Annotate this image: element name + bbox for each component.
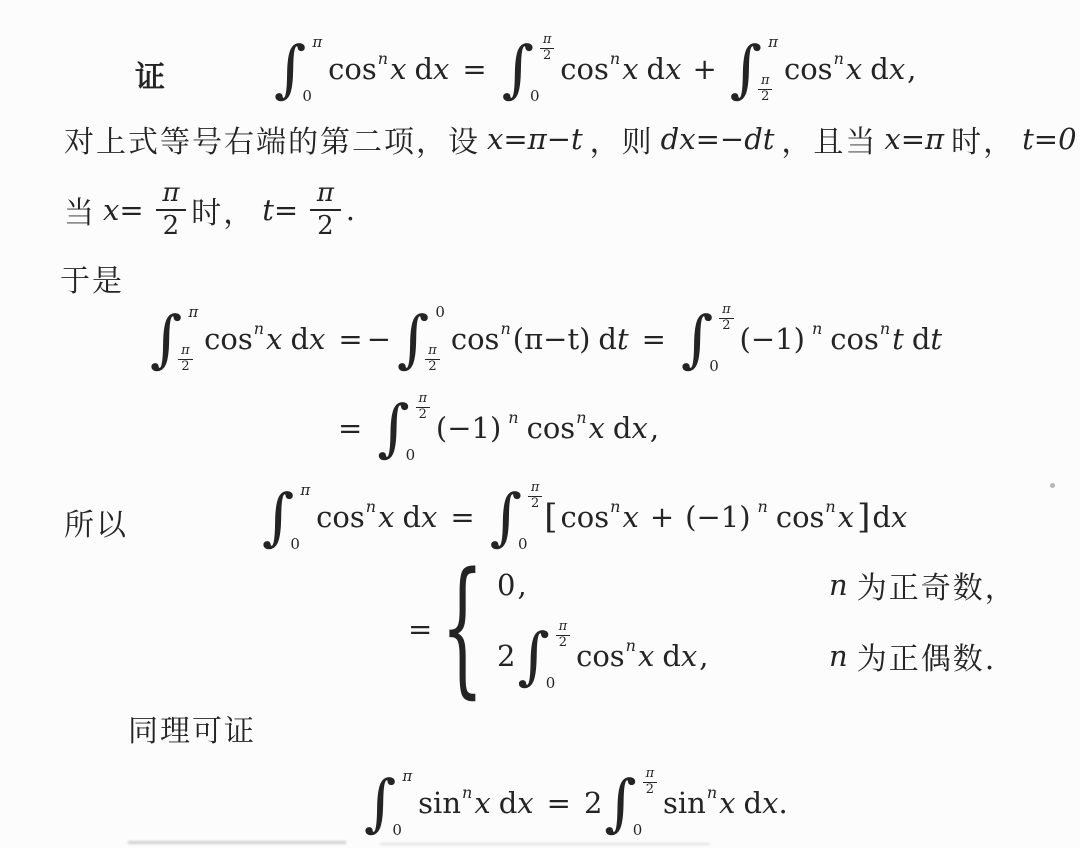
- pi-over-2: π2: [556, 620, 570, 651]
- textbook-page: 证 ∫ π 0 cosnxdx = ∫ π2 0 cosnxdx + ∫ π π…: [0, 0, 1080, 848]
- text-run: 对上式等号右端的第二项，设: [64, 117, 480, 161]
- upper-limit: π: [768, 33, 778, 51]
- scan-artifact-dot: [1050, 483, 1055, 488]
- math-run: t=: [262, 193, 298, 227]
- differential-d: d: [598, 322, 617, 356]
- lower-limit: 0: [709, 357, 719, 375]
- integral-limits: π2 0: [535, 32, 554, 106]
- lower-limit: π2: [178, 344, 192, 375]
- case-even-value: 2 ∫ π2 0 cosnxdx,: [497, 617, 829, 695]
- integral-limits: π π2: [763, 32, 778, 106]
- text-run: 时，: [951, 117, 1015, 161]
- var-x: x: [681, 639, 697, 673]
- sin-token: sin: [418, 786, 461, 820]
- comma: ,: [517, 568, 526, 602]
- upper-limit: π: [402, 767, 412, 785]
- left-brace: {: [441, 555, 484, 702]
- pi-over-2: π2: [719, 303, 733, 334]
- var-x: x: [889, 52, 905, 86]
- neg-one: (−1): [685, 500, 750, 534]
- var-x: x: [622, 52, 638, 86]
- formula-3: = ∫ π2 0 (−1)n cosnxdx,: [338, 386, 659, 470]
- var-x: x: [517, 786, 533, 820]
- pi-over-2: π2: [643, 767, 657, 798]
- formula-5: ∫ π 0 sinnxdx = 2 ∫ π2 0 sinnxdx.: [362, 760, 788, 846]
- exponent-n: n: [758, 497, 768, 516]
- upper-limit: 0: [435, 303, 445, 321]
- integral: ∫ π 0: [364, 764, 412, 842]
- upper-limit: π2: [540, 33, 554, 64]
- text-run: ，且当: [781, 117, 877, 161]
- exponent-n: n: [378, 49, 388, 68]
- upper-limit: π2: [556, 620, 570, 651]
- scan-artifact-streak: [128, 841, 346, 844]
- exponent-n: n: [825, 497, 835, 516]
- math-run: t=0: [1022, 122, 1076, 156]
- integral-limits: 0 π2: [430, 302, 445, 376]
- differential-d: d: [402, 500, 421, 534]
- numerator: π: [722, 303, 731, 318]
- lower-limit: 0: [633, 821, 643, 839]
- numerator: π: [181, 344, 190, 359]
- case-odd-condition: n 为正奇数，: [829, 563, 1017, 607]
- cases-block: = { 0, n 为正奇数， 2 ∫ π2: [408, 558, 1017, 700]
- formula-2: ∫ π π2 cosnxdx =− ∫ 0 π2 cosn(π−t)dt = ∫…: [148, 296, 942, 382]
- cases-rows: 0, n 为正奇数， 2 ∫ π2 0 co: [497, 563, 1017, 695]
- var-x: x: [846, 52, 862, 86]
- var-x: x: [378, 500, 394, 534]
- differential-d: d: [499, 786, 518, 820]
- plus-sign: +: [650, 500, 674, 534]
- equals-sign: =: [408, 612, 432, 646]
- formula-4: ∫ π 0 cosnxdx = ∫ π2 0 [ cosnx + (−1)n c…: [260, 474, 907, 560]
- integral-limits: π2 0: [551, 619, 570, 693]
- comma: ,: [650, 411, 659, 445]
- condition-text: 为正奇数，: [857, 563, 1017, 607]
- exponent-n: n: [610, 497, 620, 516]
- left-bracket: [: [544, 497, 557, 537]
- var-x: x: [719, 786, 735, 820]
- upper-limit: π: [188, 303, 198, 321]
- differential-d: d: [414, 52, 433, 86]
- cos-token: cos: [328, 52, 377, 86]
- equals-sign: =: [642, 322, 666, 356]
- denominator: 2: [425, 359, 439, 375]
- scan-artifact-streak: [380, 843, 710, 845]
- numerator: π: [428, 344, 437, 359]
- upper-limit: π: [312, 33, 322, 51]
- pi-over-2: π2: [156, 178, 187, 242]
- exponent-n: n: [576, 408, 586, 427]
- var-x: x: [631, 411, 647, 445]
- integral: ∫ π 0: [274, 30, 322, 108]
- equals-sign: =: [547, 786, 571, 820]
- pi-over-2: π2: [310, 178, 341, 242]
- differential-d: d: [647, 52, 666, 86]
- differential-d: d: [613, 411, 632, 445]
- lower-limit: 0: [302, 87, 312, 105]
- denominator: 2: [528, 496, 542, 512]
- var-t: t: [930, 322, 942, 356]
- lower-limit: 0: [392, 821, 402, 839]
- lower-limit: 0: [518, 535, 528, 553]
- right-bracket: ]: [857, 497, 870, 537]
- lower-limit: 0: [530, 87, 540, 105]
- cos-token: cos: [451, 322, 500, 356]
- comma: ,: [699, 639, 708, 673]
- similarly-label: 同理可证: [128, 706, 256, 750]
- exponent-n: n: [880, 319, 890, 338]
- exponent-n: n: [508, 408, 518, 427]
- numerator: π: [543, 33, 552, 48]
- integral: ∫ π π2: [150, 300, 198, 378]
- var-t: t: [617, 322, 629, 356]
- denominator: 2: [556, 635, 570, 651]
- integral: ∫ π2 0: [502, 30, 555, 108]
- numerator: π: [317, 178, 334, 209]
- cos-token: cos: [784, 52, 833, 86]
- neg-one: (−1): [740, 322, 805, 356]
- then-label: 于是: [60, 256, 124, 300]
- var-x: x: [421, 500, 437, 534]
- denominator: 2: [719, 318, 733, 334]
- integral-limits: π 0: [307, 32, 322, 106]
- numerator: π: [761, 74, 770, 89]
- cos-token: cos: [776, 500, 825, 534]
- exponent-n: n: [500, 319, 510, 338]
- var-x: x: [891, 500, 907, 534]
- denominator: 2: [416, 407, 430, 423]
- var-x: x: [622, 500, 638, 534]
- period: .: [778, 786, 787, 820]
- numerator: π: [646, 767, 655, 782]
- paragraph-2: 当 x= π2 时， t= π2 .: [64, 172, 355, 248]
- denominator: 2: [156, 209, 187, 242]
- var-x: x: [474, 786, 490, 820]
- integral: ∫ 0 π2: [397, 300, 445, 378]
- math-run: x=: [103, 193, 144, 227]
- integral-limits: π2 0: [638, 766, 657, 840]
- lower-limit: 0: [546, 674, 556, 692]
- var-n: n: [829, 568, 848, 602]
- integral: ∫ π2 0: [490, 478, 543, 556]
- minus-sign: −: [367, 322, 391, 356]
- differential-d: d: [662, 639, 681, 673]
- lower-limit: 0: [406, 446, 416, 464]
- lower-limit: π2: [425, 344, 439, 375]
- sin-token: sin: [663, 786, 706, 820]
- exponent-n: n: [254, 319, 264, 338]
- pi-over-2: π2: [178, 344, 192, 375]
- upper-limit: π2: [416, 392, 430, 423]
- integral: ∫ π2 0: [604, 764, 657, 842]
- integral-limits: π2 0: [411, 391, 430, 465]
- equals-sign: =: [338, 322, 362, 356]
- var-x: x: [433, 52, 449, 86]
- cos-token: cos: [316, 500, 365, 534]
- exponent-n: n: [707, 783, 717, 802]
- integral: ∫ π 0: [262, 478, 310, 556]
- text-run: 当: [64, 188, 96, 232]
- upper-limit: π2: [643, 767, 657, 798]
- numerator: π: [418, 392, 427, 407]
- equals-sign: =: [462, 52, 486, 86]
- upper-limit: π2: [719, 303, 733, 334]
- plus-sign: +: [692, 52, 716, 86]
- exponent-n: n: [834, 49, 844, 68]
- var-x: x: [762, 786, 778, 820]
- lower-limit: π2: [758, 74, 772, 105]
- upper-limit: π2: [528, 481, 542, 512]
- integral: ∫ π π2: [730, 30, 778, 108]
- upper-limit: π: [300, 481, 310, 499]
- pi-over-2: π2: [416, 392, 430, 423]
- var-t: t: [892, 322, 904, 356]
- denominator: 2: [310, 209, 341, 242]
- case-even-row: 2 ∫ π2 0 cosnxdx, n 为正偶数.: [497, 617, 1017, 695]
- so-label: 所以: [64, 500, 128, 544]
- differential-d: d: [290, 322, 309, 356]
- var-x: x: [638, 639, 654, 673]
- var-x: x: [309, 322, 325, 356]
- cos-token: cos: [527, 411, 576, 445]
- equals-sign: =: [450, 500, 474, 534]
- period: .: [346, 193, 355, 227]
- integral: ∫ π2 0: [377, 389, 430, 467]
- var-x: x: [665, 52, 681, 86]
- case-odd-row: 0, n 为正奇数，: [497, 563, 1017, 607]
- integral-limits: π 0: [397, 766, 412, 840]
- pi-over-2: π2: [758, 74, 772, 105]
- exponent-n: n: [812, 319, 822, 338]
- integral-limits: π2 0: [523, 480, 542, 554]
- cos-token: cos: [560, 52, 609, 86]
- cos-token: cos: [576, 639, 625, 673]
- exponent-n: n: [462, 783, 472, 802]
- denominator: 2: [540, 48, 554, 64]
- pi-over-2: π2: [425, 344, 439, 375]
- case-odd-value: 0,: [497, 568, 829, 602]
- differential-d: d: [744, 786, 763, 820]
- math-run: x=π: [884, 122, 944, 156]
- exponent-n: n: [626, 636, 636, 655]
- var-n: n: [829, 639, 848, 673]
- integral-limits: π π2: [183, 302, 198, 376]
- var-x: x: [266, 322, 282, 356]
- differential-d: d: [872, 500, 891, 534]
- differential-d: d: [912, 322, 931, 356]
- numerator: π: [531, 481, 540, 496]
- equals-sign: =: [338, 411, 362, 445]
- pi-over-2: π2: [528, 481, 542, 512]
- integral-limits: π2 0: [714, 302, 733, 376]
- comma: ,: [907, 52, 916, 86]
- condition-text: 为正偶数.: [857, 634, 997, 678]
- text-run: 时，: [191, 188, 255, 232]
- integral-limits: π 0: [295, 480, 310, 554]
- proof-label: 证: [135, 52, 167, 96]
- denominator: 2: [178, 359, 192, 375]
- numerator: π: [162, 178, 179, 209]
- exponent-n: n: [610, 49, 620, 68]
- text-run: ，则: [590, 117, 654, 161]
- denominator: 2: [758, 89, 772, 105]
- coefficient-2: 2: [497, 639, 515, 673]
- pi-over-2: π2: [540, 33, 554, 64]
- paragraph-1: 对上式等号右端的第二项，设 x=π−t ，则 dx=−dt ，且当 x=π 时，…: [64, 116, 1080, 162]
- numerator: π: [559, 620, 568, 635]
- lower-limit: 0: [290, 535, 300, 553]
- coefficient-2: 2: [584, 786, 602, 820]
- integral: ∫ π2 0: [517, 617, 570, 695]
- cos-token: cos: [561, 500, 610, 534]
- differential-d: d: [870, 52, 889, 86]
- exponent-n: n: [366, 497, 376, 516]
- pi-minus-t: (π−t): [513, 322, 591, 356]
- formula-1: ∫ π 0 cosnxdx = ∫ π2 0 cosnxdx + ∫ π π2 …: [272, 26, 916, 112]
- math-run: dx=−dt: [661, 122, 775, 156]
- var-x: x: [390, 52, 406, 86]
- cos-token: cos: [204, 322, 253, 356]
- case-even-condition: n 为正偶数.: [829, 634, 996, 678]
- integral: ∫ π2 0: [681, 300, 734, 378]
- var-x: x: [589, 411, 605, 445]
- cos-token: cos: [830, 322, 879, 356]
- math-run: x=π−t: [487, 122, 583, 156]
- denominator: 2: [643, 782, 657, 798]
- var-x: x: [838, 500, 854, 534]
- zero-value: 0: [497, 568, 515, 602]
- neg-one: (−1): [436, 411, 501, 445]
